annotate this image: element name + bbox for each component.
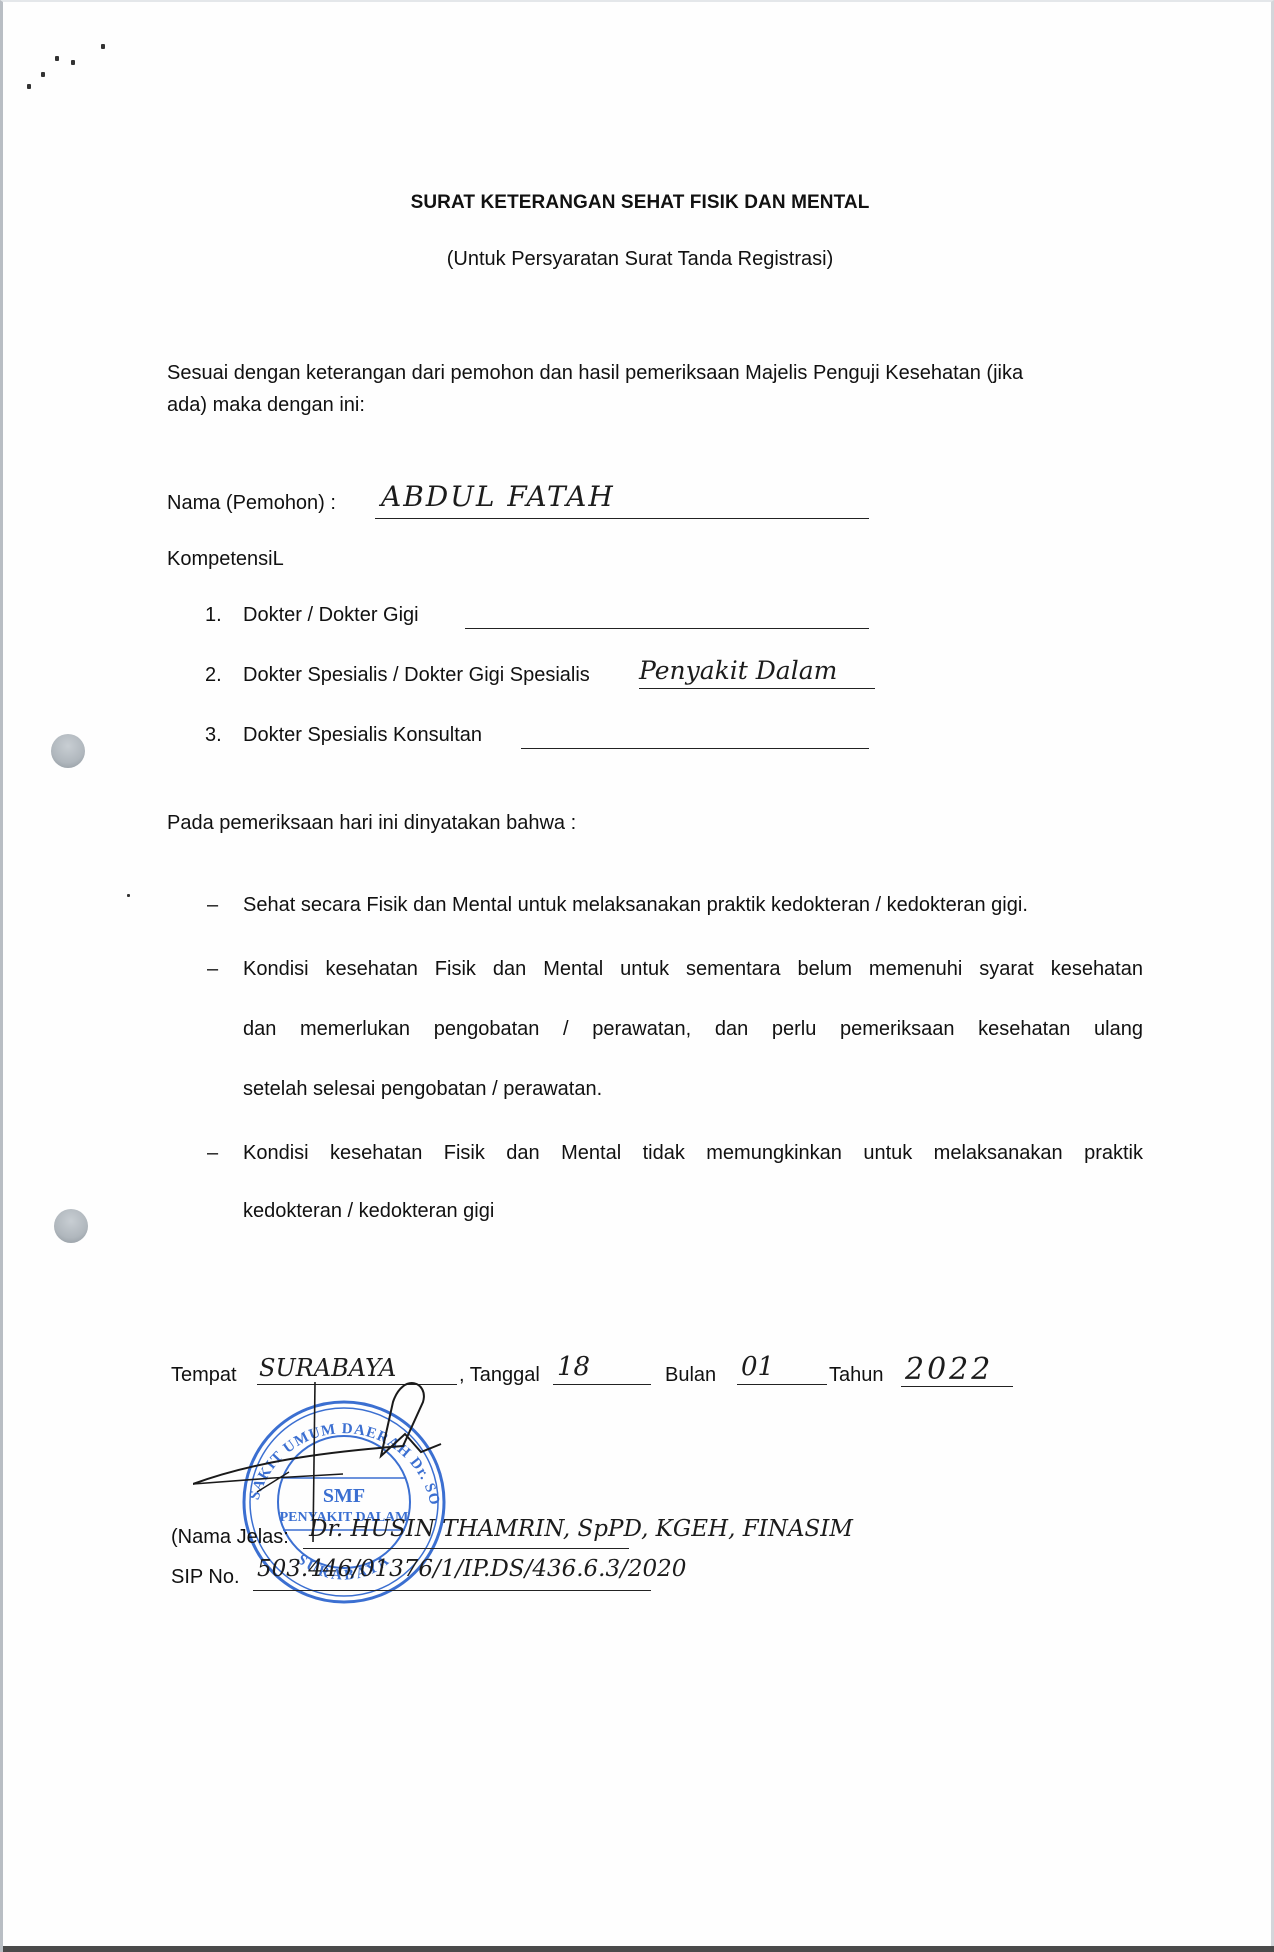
competence-label: KompetensiL [167,548,284,571]
year-label: Tahun [829,1364,884,1387]
sip-field[interactable]: 503.446/01376/1/IP.DS/436.6.3/2020 [257,1556,686,1582]
month-underline [737,1384,827,1385]
option-2-line-3: setelah selesai pengobatan / perawatan. [243,1078,602,1101]
intro-line-1: Sesuai dengan keterangan dari pemohon da… [167,362,1023,385]
competence-number-2: 2. [205,664,222,687]
competence-field-3[interactable] [521,748,869,749]
option-2-line-2: dan memerlukan pengobatan / perawatan, d… [243,1018,1143,1041]
year-underline [901,1386,1013,1387]
option-3-line-2: kedokteran / kedokteran gigi [243,1200,494,1223]
day-underline [553,1384,651,1385]
option-1-line-1: Sehat secara Fisik dan Mental untuk mela… [243,894,1028,917]
applicant-name-field[interactable]: ABDUL FATAH [381,480,615,513]
place-field[interactable]: SURABAYA [259,1354,396,1382]
document-title: SURAT KETERANGAN SEHAT FISIK DAN MENTAL [3,192,1274,214]
scan-bottom-edge [3,1946,1274,1952]
intro-line-2: ada) maka dengan ini: [167,394,365,417]
signatory-name-field[interactable]: Dr. HUSIN THAMRIN, SpPD, KGEH, FINASIM [309,1516,853,1542]
competence-label-2: Dokter Spesialis / Dokter Gigi Spesialis [243,664,590,687]
day-label: , Tanggal [459,1364,540,1387]
option-2-dash: – [207,958,218,981]
competence-field-1[interactable] [465,628,869,629]
option-1-dash: – [207,894,218,917]
month-field[interactable]: 01 [741,1352,774,1382]
year-field[interactable]: 2022 [905,1352,993,1387]
competence-label-3: Dokter Spesialis Konsultan [243,724,482,747]
exam-statement: Pada pemeriksaan hari ini dinyatakan bah… [167,812,576,835]
option-3-line-1: Kondisi kesehatan Fisik dan Mental tidak… [243,1142,1143,1165]
signatory-name-label: (Nama Jelas: [171,1526,289,1549]
competence-number-1: 1. [205,604,222,627]
day-field[interactable]: 18 [557,1352,590,1382]
applicant-underline [375,518,869,519]
competence-label-1: Dokter / Dokter Gigi [243,604,419,627]
applicant-label: Nama (Pemohon) : [167,492,336,515]
sip-underline [253,1590,651,1591]
month-label: Bulan [665,1364,716,1387]
option-2-line-1: Kondisi kesehatan Fisik dan Mental untuk… [243,958,1143,981]
option-3-dash: – [207,1142,218,1165]
sip-label: SIP No. [171,1566,240,1589]
document-subtitle: (Untuk Persyaratan Surat Tanda Registras… [3,248,1274,271]
competence-field-2[interactable]: Penyakit Dalam [639,656,837,685]
competence-number-3: 3. [205,724,222,747]
document-page: SURAT KETERANGAN SEHAT FISIK DAN MENTAL … [0,0,1274,1952]
competence-underline-2 [639,688,875,689]
punch-hole-bottom [54,1209,88,1243]
signatory-name-underline [303,1548,629,1549]
punch-hole-top [51,734,85,768]
